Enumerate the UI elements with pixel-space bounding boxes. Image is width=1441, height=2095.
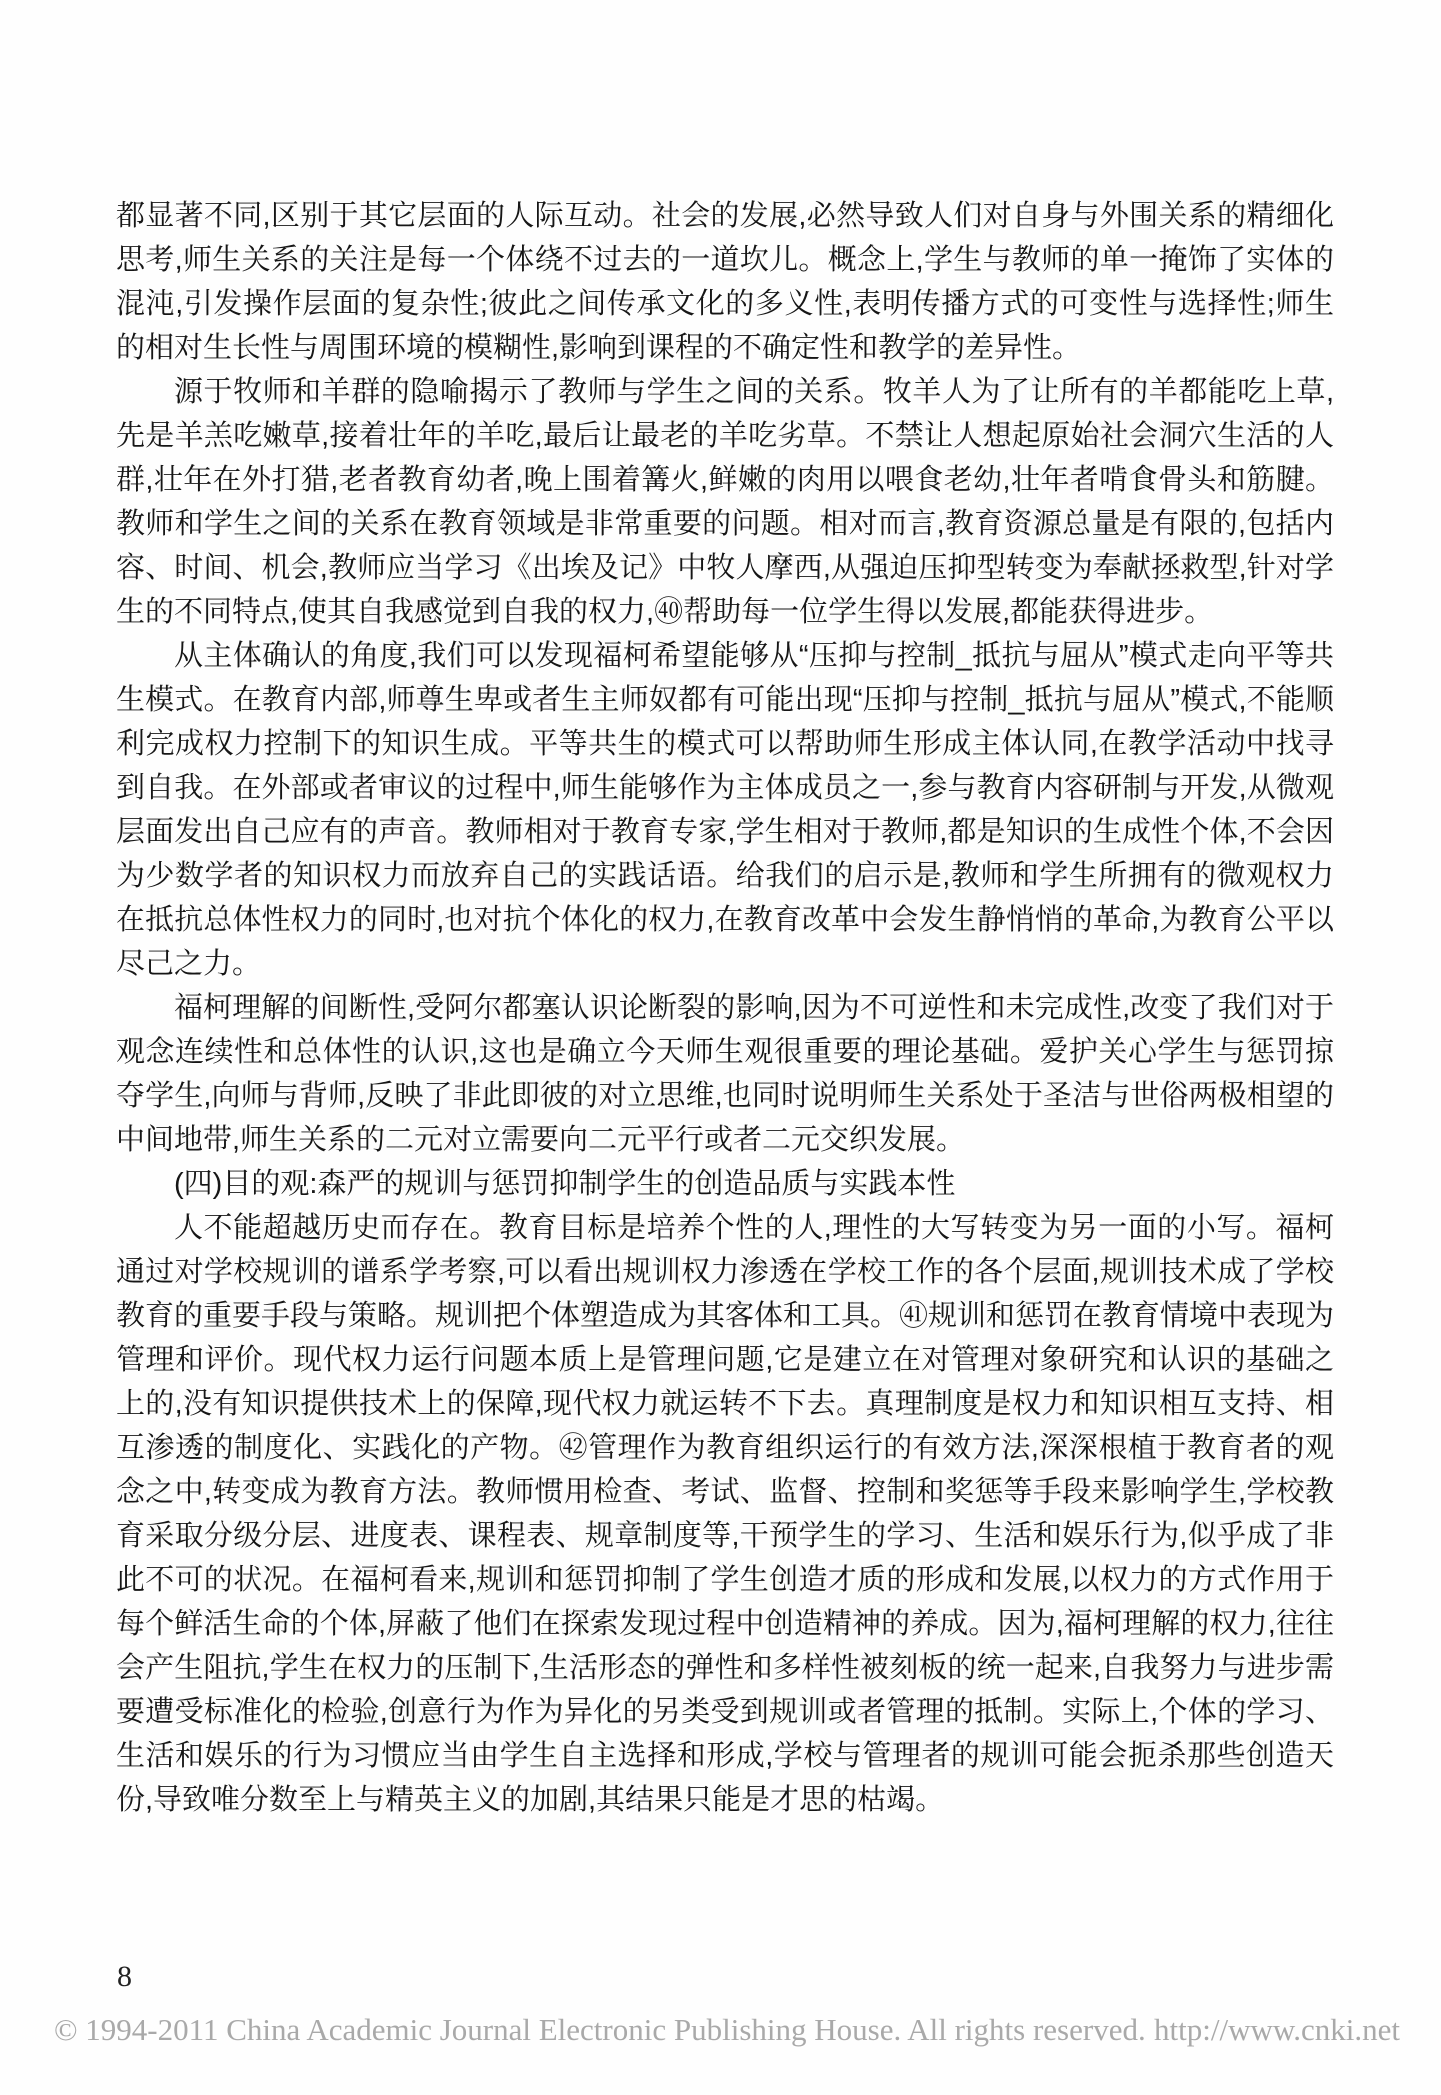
paragraph: 人不能超越历史而存在。教育目标是培养个性的人,理性的大写转变为另一面的小写。福柯… (116, 1206, 1334, 1822)
article-text: 都显著不同,区别于其它层面的人际互动。社会的发展,必然导致人们对自身与外围关系的… (116, 194, 1334, 1822)
copyright-footer: © 1994-2011 China Academic Journal Elect… (54, 2012, 1400, 2048)
footer-url: http://www.cnki.net (1154, 2012, 1400, 2048)
paragraph: 从主体确认的角度,我们可以发现福柯希望能够从“压抑与控制_抵抗与屈从”模式走向平… (116, 634, 1334, 986)
section-heading: (四)目的观:森严的规训与惩罚抑制学生的创造品质与实践本性 (116, 1162, 1334, 1206)
paragraph: 福柯理解的间断性,受阿尔都塞认识论断裂的影响,因为不可逆性和未完成性,改变了我们… (116, 986, 1334, 1162)
copyright-text: © 1994-2011 China Academic Journal Elect… (54, 2012, 1146, 2048)
paragraph: 源于牧师和羊群的隐喻揭示了教师与学生之间的关系。牧羊人为了让所有的羊都能吃上草,… (116, 370, 1334, 634)
page-number: 8 (117, 1960, 132, 1994)
journal-page: 都显著不同,区别于其它层面的人际互动。社会的发展,必然导致人们对自身与外围关系的… (0, 0, 1441, 2095)
paragraph: 都显著不同,区别于其它层面的人际互动。社会的发展,必然导致人们对自身与外围关系的… (116, 194, 1334, 370)
